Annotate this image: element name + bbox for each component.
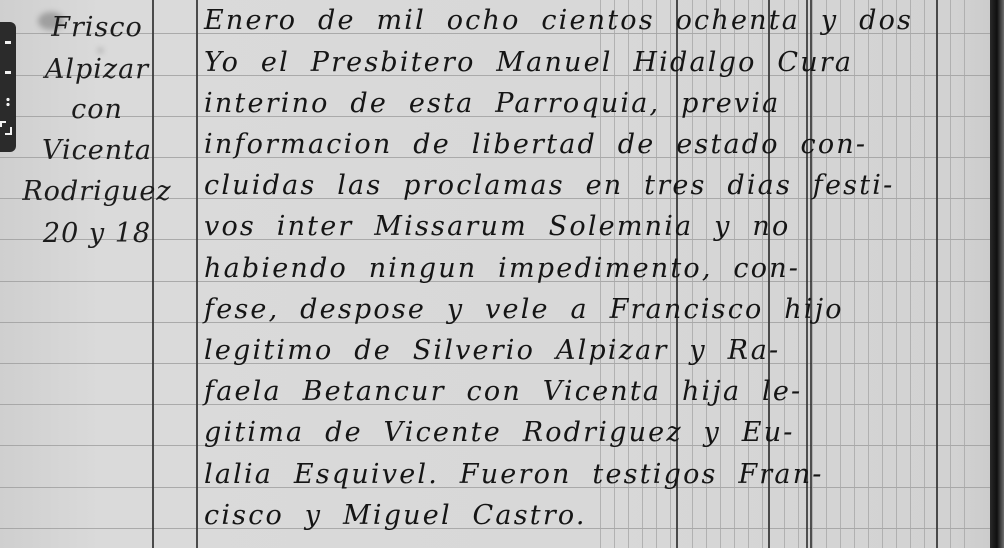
book-binding-edge bbox=[990, 0, 1004, 548]
minus-icon bbox=[5, 71, 11, 74]
margin-line-bride-surname: Rodriguez bbox=[8, 176, 186, 207]
body-line: vos inter Missarum Solemnia y no bbox=[204, 212, 974, 242]
body-line: informacion de libertad de estado con- bbox=[204, 130, 974, 160]
body-line: legitimo de Silverio Alpizar y Ra- bbox=[204, 336, 974, 366]
zoom-in-button[interactable] bbox=[3, 34, 13, 52]
margin-line-con: con bbox=[8, 94, 186, 125]
body-line: gitima de Vicente Rodriguez y Eu- bbox=[204, 418, 974, 448]
body-line: Yo el Presbitero Manuel Hidalgo Cura bbox=[204, 48, 974, 78]
body-line: Enero de mil ocho cientos ochenta y dos bbox=[204, 6, 974, 36]
margin-line-bride-first: Vicenta bbox=[8, 135, 186, 166]
fullscreen-button[interactable] bbox=[3, 122, 13, 140]
zoom-out-button[interactable] bbox=[3, 63, 13, 81]
fullscreen-icon bbox=[5, 127, 12, 135]
body-line: lalia Esquivel. Fueron testigos Fran- bbox=[204, 460, 974, 490]
viewer-toolbar bbox=[0, 22, 16, 152]
margin-divider bbox=[196, 0, 198, 548]
register-page: Frisco Alpizar con Vicenta Rodriguez 20 … bbox=[0, 0, 1004, 548]
margin-line-groom-surname: Alpizar bbox=[8, 54, 186, 85]
dots-icon bbox=[5, 97, 11, 107]
body-line: fese, despose y vele a Francisco hijo bbox=[204, 295, 974, 325]
ink-spot bbox=[98, 48, 103, 53]
margin-line-groom-first: Frisco bbox=[8, 12, 186, 43]
body-line: cisco y Miguel Castro. bbox=[204, 501, 974, 531]
body-line: cluidas las proclamas en tres dias festi… bbox=[204, 171, 974, 201]
margin-line-ages: 20 y 18 bbox=[8, 218, 186, 249]
plus-icon bbox=[5, 41, 11, 44]
more-options-button[interactable] bbox=[3, 93, 13, 111]
body-line: habiendo ningun impedimento, con- bbox=[204, 254, 974, 284]
body-line: interino de esta Parroquia, previa bbox=[204, 89, 974, 119]
body-line: faela Betancur con Vicenta hija le- bbox=[204, 377, 974, 407]
